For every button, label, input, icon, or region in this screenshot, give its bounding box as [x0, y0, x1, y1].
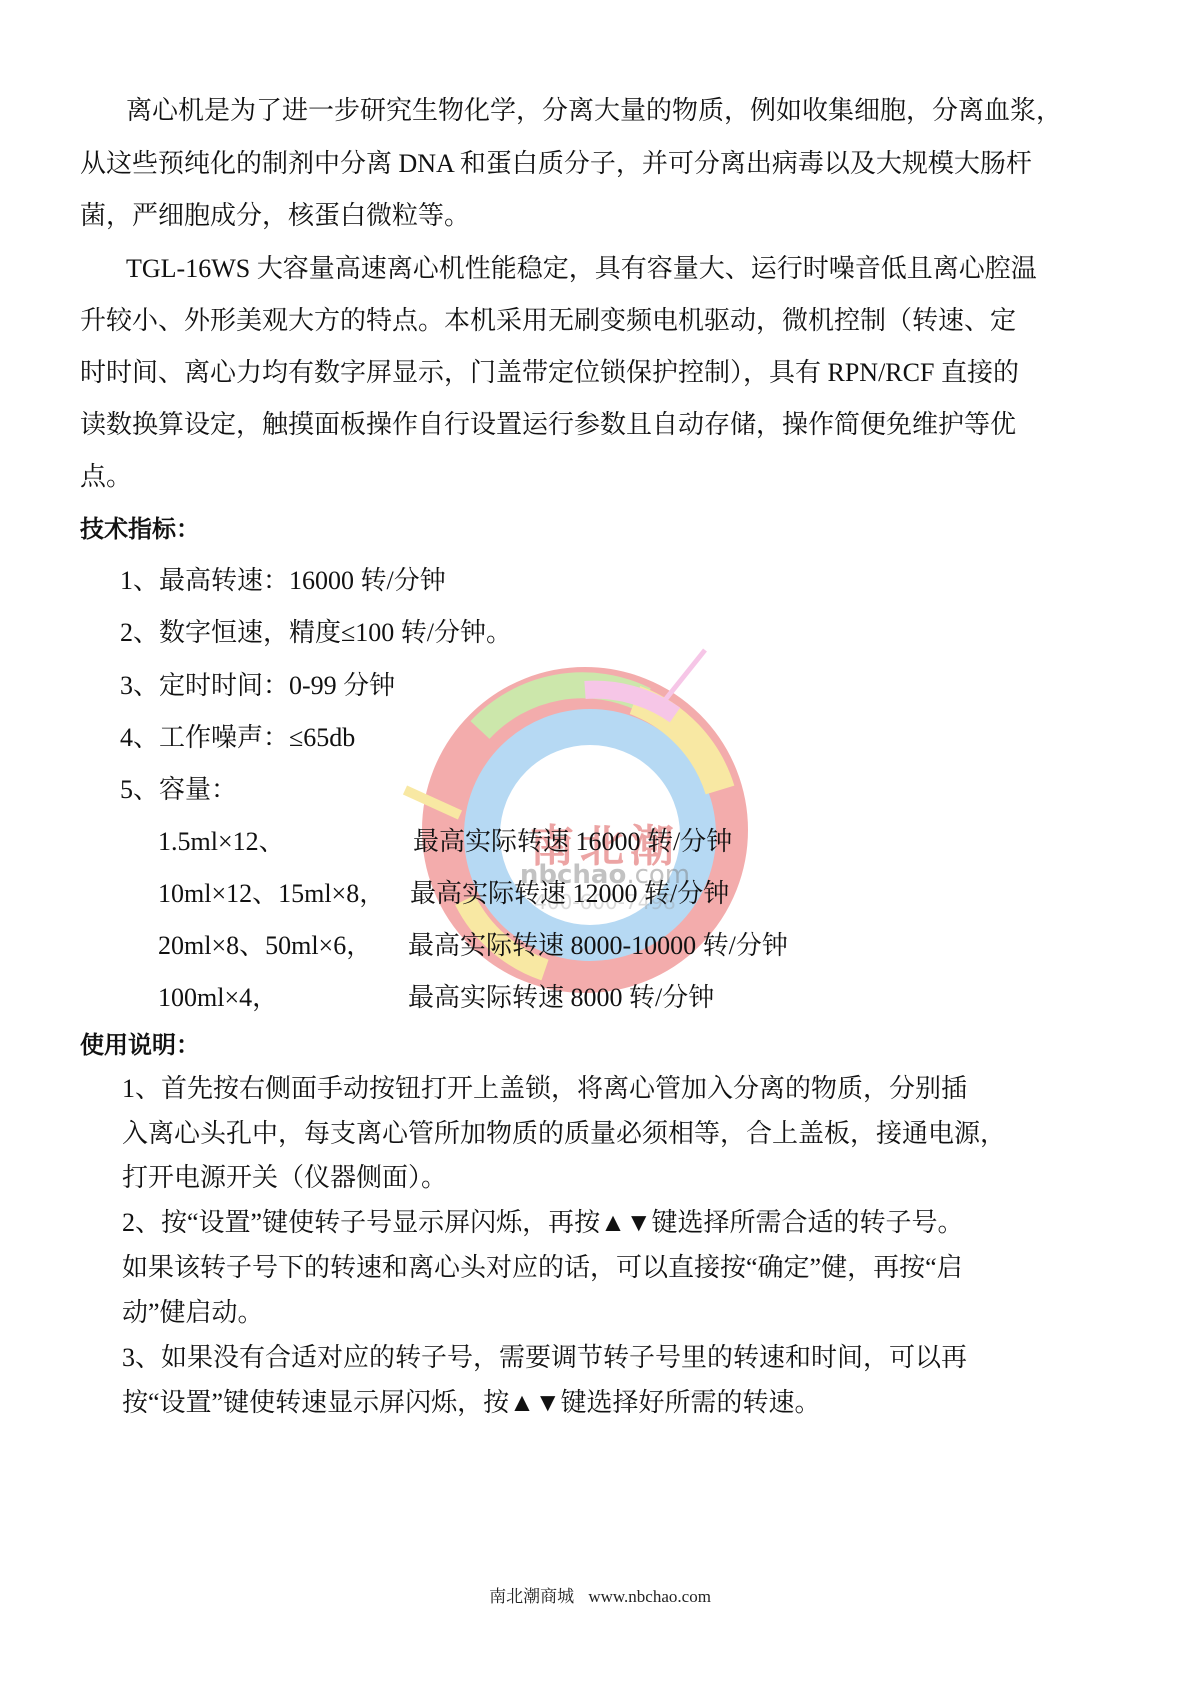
usage-line-3: 打开电源开关（仪器侧面）。	[122, 1163, 447, 1193]
usage-heading: 使用说明：	[80, 1030, 200, 1060]
specs-heading: 技术指标：	[80, 514, 200, 544]
spec-item-precision: 2、数字恒速，精度≤100 转/分钟。	[120, 618, 512, 648]
spec-item-timer: 3、定时时间：0-99 分钟	[120, 671, 395, 701]
usage-line-7: 3、如果没有合适对应的转子号，需要调节转子号里的转速和时间，可以再	[122, 1343, 967, 1373]
usage-line-2: 入离心头孔中，每支离心管所加物质的质量必须相等，合上盖板，接通电源，	[122, 1119, 1006, 1149]
capacity-tube-2: 10ml×12、15ml×8，	[158, 879, 385, 909]
intro-para1-line2: 从这些预纯化的制剂中分离 DNA 和蛋白质分子，并可分离出病毒以及大规模大肠杆	[80, 149, 1032, 179]
capacity-speed-2: 最高实际转速 12000 转/分钟	[410, 879, 729, 909]
footer-store-name: 南北潮商城	[489, 1587, 574, 1606]
usage-line-1: 1、首先按右侧面手动按钮打开上盖锁，将离心管加入分离的物质，分别插	[122, 1074, 967, 1104]
intro-para2-line5: 点。	[80, 462, 132, 492]
usage-line-4: 2、按“设置”键使转子号显示屏闪烁，再按▲▼键选择所需合适的转子号。	[122, 1208, 964, 1238]
intro-para2-line2: 升较小、外形美观大方的特点。本机采用无刷变频电机驱动，微机控制（转速、定	[80, 306, 1016, 336]
capacity-speed-1: 最高实际转速 16000 转/分钟	[413, 827, 732, 857]
intro-para2-line4: 读数换算设定，触摸面板操作自行设置运行参数且自动存储，操作简便免维护等优	[80, 410, 1016, 440]
intro-para1-line1: 离心机是为了进一步研究生物化学，分离大量的物质，例如收集细胞，分离血浆，	[126, 96, 1062, 126]
capacity-tube-4: 100ml×4，	[158, 983, 278, 1013]
capacity-speed-3: 最高实际转速 8000-10000 转/分钟	[408, 931, 788, 961]
intro-para2-line1: TGL-16WS 大容量高速离心机性能稳定，具有容量大、运行时噪音低且离心腔温	[126, 254, 1037, 284]
spec-item-max-speed: 1、最高转速：16000 转/分钟	[120, 566, 446, 596]
capacity-speed-4: 最高实际转速 8000 转/分钟	[408, 983, 714, 1013]
intro-para2-line3: 时时间、离心力均有数字屏显示，门盖带定位锁保护控制），具有 RPN/RCF 直接…	[80, 358, 1019, 388]
usage-line-8: 按“设置”键使转速显示屏闪烁，按▲▼键选择好所需的转速。	[122, 1388, 821, 1418]
intro-para1-line3: 菌，严细胞成分，核蛋白微粒等。	[80, 201, 470, 231]
spec-item-noise: 4、工作噪声：≤65db	[120, 723, 355, 753]
page-footer: 南北潮商城 www.nbchao.com	[0, 1582, 1200, 1607]
capacity-tube-1: 1.5ml×12、	[158, 827, 285, 857]
spec-item-capacity: 5、容量：	[120, 775, 237, 805]
footer-url[interactable]: www.nbchao.com	[588, 1587, 711, 1606]
usage-line-6: 动”健启动。	[122, 1298, 264, 1328]
usage-line-5: 如果该转子号下的转速和离心头对应的话，可以直接按“确定”健，再按“启	[122, 1253, 963, 1283]
capacity-tube-3: 20ml×8、50ml×6，	[158, 931, 372, 961]
